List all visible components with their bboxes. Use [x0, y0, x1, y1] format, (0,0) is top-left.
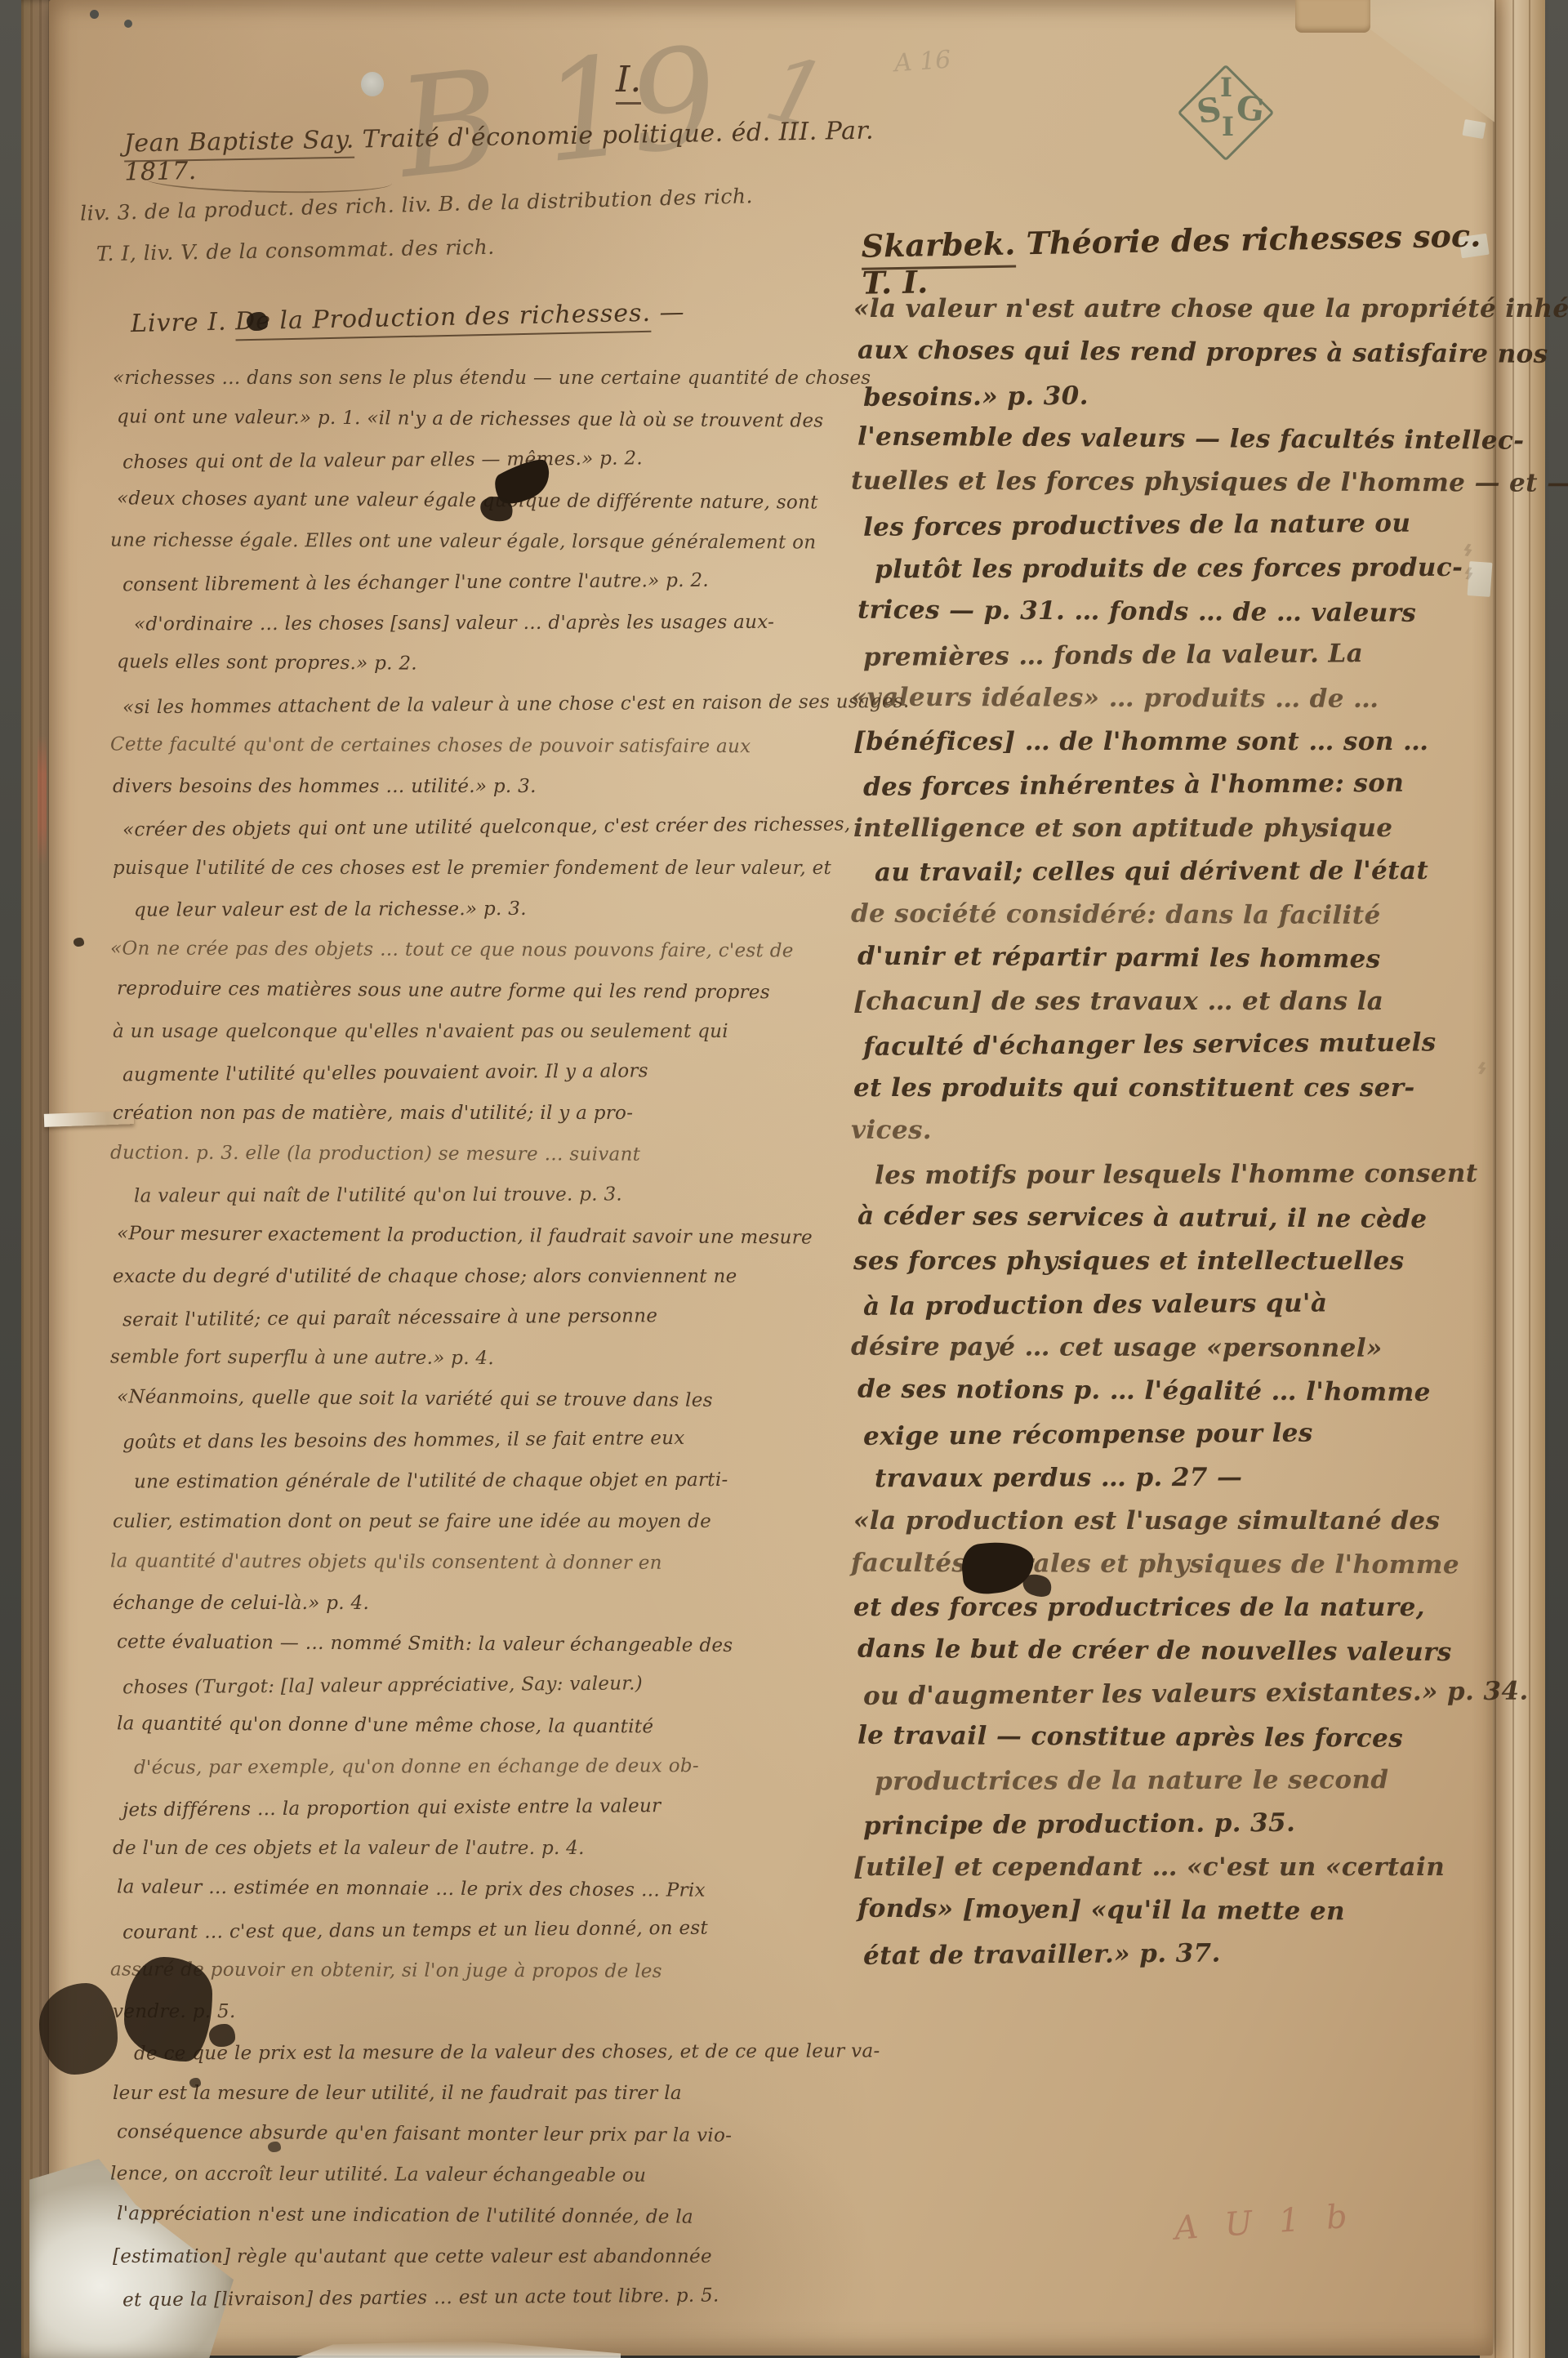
- manuscript-line: «la valeur n'est autre chose que la prop…: [853, 288, 1482, 331]
- manuscript-line: courant … c'est que, dans un temps et un…: [122, 1906, 841, 1953]
- manuscript-line: [utile] et cependant … «c'est un «certai…: [853, 1846, 1482, 1889]
- manuscript-line: et des forces productrices de la nature,: [853, 1586, 1482, 1629]
- manuscript-line: lence, on accroît leur utilité. La valeu…: [110, 2153, 829, 2196]
- pencil-mark-a16: A 16: [893, 46, 952, 78]
- manuscript-line: augmente l'utilité qu'elles pouvaient av…: [122, 1049, 841, 1095]
- manuscript-line: de société considéré: dans la facilité: [851, 893, 1480, 938]
- manuscript-line: «deux choses ayant une valeur égale quoi…: [117, 478, 835, 523]
- ink-spot: [189, 2078, 201, 2088]
- left-column-heading: Livre I. De la Production des richesses.…: [131, 298, 685, 338]
- manuscript-line: reproduire ces matières sous une autre f…: [117, 968, 835, 1013]
- manuscript-line: de l'un de ces objets et la valeur de l'…: [113, 1828, 831, 1869]
- manuscript-line: le travail — constitue après les forces: [857, 1714, 1486, 1762]
- manuscript-line: plutôt les produits de ces forces produc…: [875, 546, 1503, 592]
- manuscript-line: création non pas de matière, mais d'util…: [113, 1093, 831, 1134]
- manuscript-line: cette évaluation — … nommé Smith: la val…: [117, 1621, 835, 1666]
- manuscript-line: de ses notions p. … l'égalité … l'homme: [857, 1368, 1486, 1415]
- manuscript-line: quels elles sont propres.» p. 2.: [117, 641, 835, 686]
- manuscript-line: «créer des objets qui ont une utilité qu…: [122, 804, 841, 850]
- manuscript-line: «richesses … dans son sens le plus étend…: [113, 358, 831, 399]
- heading-underlined: De la Production des richesses.: [235, 299, 652, 341]
- manuscript-line: intelligence et son aptitude physique: [853, 807, 1482, 850]
- right-excerpt-column: «la valeur n'est autre chose que la prop…: [853, 288, 1482, 1976]
- manuscript-line: et les produits qui constituent ces ser-: [853, 1067, 1482, 1110]
- manuscript-line: l'ensemble des valeurs — les facultés in…: [857, 416, 1486, 463]
- manuscript-line: la valeur qui naît de l'utilité qu'on lu…: [134, 1173, 853, 1216]
- manuscript-line: ses forces physiques et intellectuelles: [853, 1240, 1482, 1283]
- manuscript-line: leur est la mesure de leur utilité, il n…: [113, 2073, 831, 2114]
- manuscript-line: «Néanmoins, quelle que soit la variété q…: [117, 1376, 835, 1421]
- manuscript-line: [bénéfices] … de l'homme sont … son …: [853, 720, 1482, 764]
- punch-hole: [124, 20, 132, 28]
- manuscript-line: des forces inhérentes à l'homme: son: [863, 761, 1492, 809]
- manuscript-line: [estimation] règle qu'autant que cette v…: [113, 2236, 831, 2277]
- manuscript-line: choses (Turgot: [la] valeur appréciative…: [122, 1661, 841, 1708]
- manuscript-line: «la production est l'usage simultané des: [853, 1500, 1482, 1543]
- title-subline-2: T. I, liv. V. de la consommat. des rich.: [96, 235, 495, 266]
- paper-tab: [1295, 0, 1370, 33]
- manuscript-line: duction. p. 3. elle (la production) se m…: [110, 1132, 829, 1175]
- manuscript-line: l'appréciation n'est une indication de l…: [117, 2193, 835, 2238]
- manuscript-line: assuré de pouvoir en obtenir, si l'on ju…: [110, 1949, 829, 1992]
- scanned-manuscript: { "page": { "archive_marks": { "pencil_b…: [0, 0, 1568, 2358]
- folio-number-roman: I.: [616, 59, 641, 105]
- manuscript-line: désire payé … cet usage «personnel»: [851, 1326, 1480, 1371]
- archive-stamp: S I I G: [1178, 57, 1269, 163]
- manuscript-line: culier, estimation dont on peut se faire…: [113, 1501, 831, 1542]
- manuscript-line: puisque l'utilité de ces choses est le p…: [113, 848, 831, 889]
- manuscript-line: état de travailler.» p. 37.: [863, 1930, 1492, 1978]
- stamp-letter-g: G: [1234, 88, 1267, 130]
- punch-hole: [90, 10, 99, 19]
- manuscript-line: la quantité qu'on donne d'une même chose…: [117, 1703, 835, 1748]
- manuscript-line: «On ne crée pas des objets … tout ce que…: [110, 928, 829, 971]
- manuscript-line: les motifs pour lesquels l'homme consent: [875, 1152, 1503, 1198]
- manuscript-line: aux choses qui les rend propres à satisf…: [857, 329, 1486, 377]
- ink-blot-cluster: [124, 1957, 212, 2062]
- manuscript-line: exige une récompense pour les: [863, 1411, 1492, 1459]
- manuscript-line: semble fort superflu à une autre.» p. 4.: [110, 1336, 829, 1380]
- manuscript-line: «si les hommes attachent de la valeur à …: [122, 681, 841, 728]
- manuscript-line: «valeurs idéales» … produits … de …: [851, 676, 1480, 722]
- manuscript-line: ou d'augmenter les valeurs existantes.» …: [863, 1670, 1492, 1718]
- manuscript-line: besoins.» p. 30.: [863, 372, 1492, 420]
- manuscript-line: échange de celui-là.» p. 4.: [113, 1583, 831, 1624]
- manuscript-line: faculté d'échanger les services mutuels: [863, 1021, 1492, 1069]
- bleed-through-text: ⌁ ⌁: [1454, 541, 1484, 580]
- heading-suffix: —: [651, 298, 685, 328]
- manuscript-line: jets différens … la proportion qui exist…: [122, 1784, 841, 1830]
- manuscript-line: trices — p. 31. … fonds … de … valeurs: [857, 589, 1486, 636]
- tape-bit: [1462, 119, 1486, 139]
- bleed-through-text: ⌁: [1468, 1059, 1496, 1073]
- bottom-edge-tear: [294, 2341, 621, 2358]
- manuscript-line: et que la [livraison] des parties … est …: [122, 2274, 841, 2320]
- manuscript-line: une estimation générale de l'utilité de …: [134, 1459, 853, 1502]
- manuscript-line: à un usage quelconque qu'elles n'avaient…: [113, 1011, 831, 1052]
- ink-spot: [209, 2024, 235, 2047]
- manuscript-line: d'unir et répartir parmi les hommes: [857, 935, 1486, 983]
- manuscript-line: divers besoins des hommes … utilité.» p.…: [113, 766, 831, 807]
- manuscript-line: à la production des valeurs qu'à: [863, 1281, 1492, 1329]
- manuscript-line: vices.: [851, 1109, 1480, 1155]
- archival-signature: A U 1 b: [1174, 2197, 1356, 2247]
- manuscript-line: qui ont une valeur.» p. 1. «il n'y a de …: [117, 396, 835, 441]
- manuscript-line: goûts et dans les besoins des hommes, il…: [122, 1416, 841, 1463]
- manuscript-line: principe de production. p. 35.: [863, 1800, 1492, 1848]
- manuscript-line: une richesse égale. Elles ont une valeur…: [110, 519, 829, 563]
- filled-punch-hole: [361, 72, 384, 96]
- manuscript-line: premières … fonds de la valeur. La: [863, 631, 1492, 680]
- manuscript-line: [chacun] de ses travaux … et dans la: [853, 980, 1482, 1023]
- manuscript-line: la valeur … estimée en monnaie … le prix…: [117, 1866, 835, 1911]
- manuscript-line: Cette faculté qu'ont de certaines choses…: [110, 724, 829, 767]
- manuscript-line: à céder ses services à autrui, il ne cèd…: [857, 1195, 1486, 1242]
- manuscript-line: d'écus, par exemple, qu'on donne en écha…: [134, 1745, 853, 1788]
- manuscript-line: exacte du degré d'utilité de chaque chos…: [113, 1256, 831, 1297]
- manuscript-line: de ce que le prix est la mesure de la va…: [134, 2030, 853, 2074]
- manuscript-line: les forces productives de la nature ou: [863, 501, 1492, 550]
- manuscript-line: fonds» [moyen] «qu'il la mette en: [857, 1888, 1486, 1935]
- manuscript-line: travaux perdus … p. 27 —: [875, 1455, 1503, 1501]
- manuscript-line: la quantité d'autres objets qu'ils conse…: [110, 1540, 829, 1584]
- manuscript-line: que leur valeur est de la richesse.» p. …: [134, 887, 853, 930]
- manuscript-line: dans le but de créer de nouvelles valeur…: [857, 1628, 1486, 1675]
- ink-spot: [73, 938, 84, 947]
- manuscript-line: choses qui ont de la valeur par elles — …: [122, 436, 841, 483]
- manuscript-line: au travail; celles qui dérivent de l'éta…: [875, 849, 1503, 895]
- manuscript-line: serait l'utilité; ce qui paraît nécessai…: [122, 1294, 841, 1340]
- stamp-letter-i-top: I: [1220, 72, 1232, 103]
- stamp-letter-i-bottom: I: [1222, 111, 1234, 142]
- manuscript-line: productrices de la nature le second: [875, 1758, 1503, 1804]
- ink-blot: [247, 312, 268, 331]
- heading-prefix: Livre I.: [131, 307, 236, 338]
- ink-spot: [268, 2142, 281, 2152]
- red-stain: [38, 735, 47, 866]
- manuscript-line: conséquence absurde qu'en faisant monter…: [117, 2111, 835, 2156]
- manuscript-line: facultés morales et physiques de l'homme: [851, 1542, 1480, 1588]
- manuscript-line: «Pour mesurer exactement la production, …: [117, 1213, 835, 1258]
- manuscript-line: «d'ordinaire … les choses [sans] valeur …: [134, 601, 853, 644]
- manuscript-line: consent librement à les échanger l'une c…: [122, 559, 841, 605]
- ink-blot-cluster: [39, 1983, 118, 2075]
- manuscript-page: B 19 I. 1 A 16 S I I G Jean Baptiste Say…: [49, 0, 1493, 2356]
- manuscript-line: tuelles et les forces physiques de l'hom…: [851, 460, 1480, 506]
